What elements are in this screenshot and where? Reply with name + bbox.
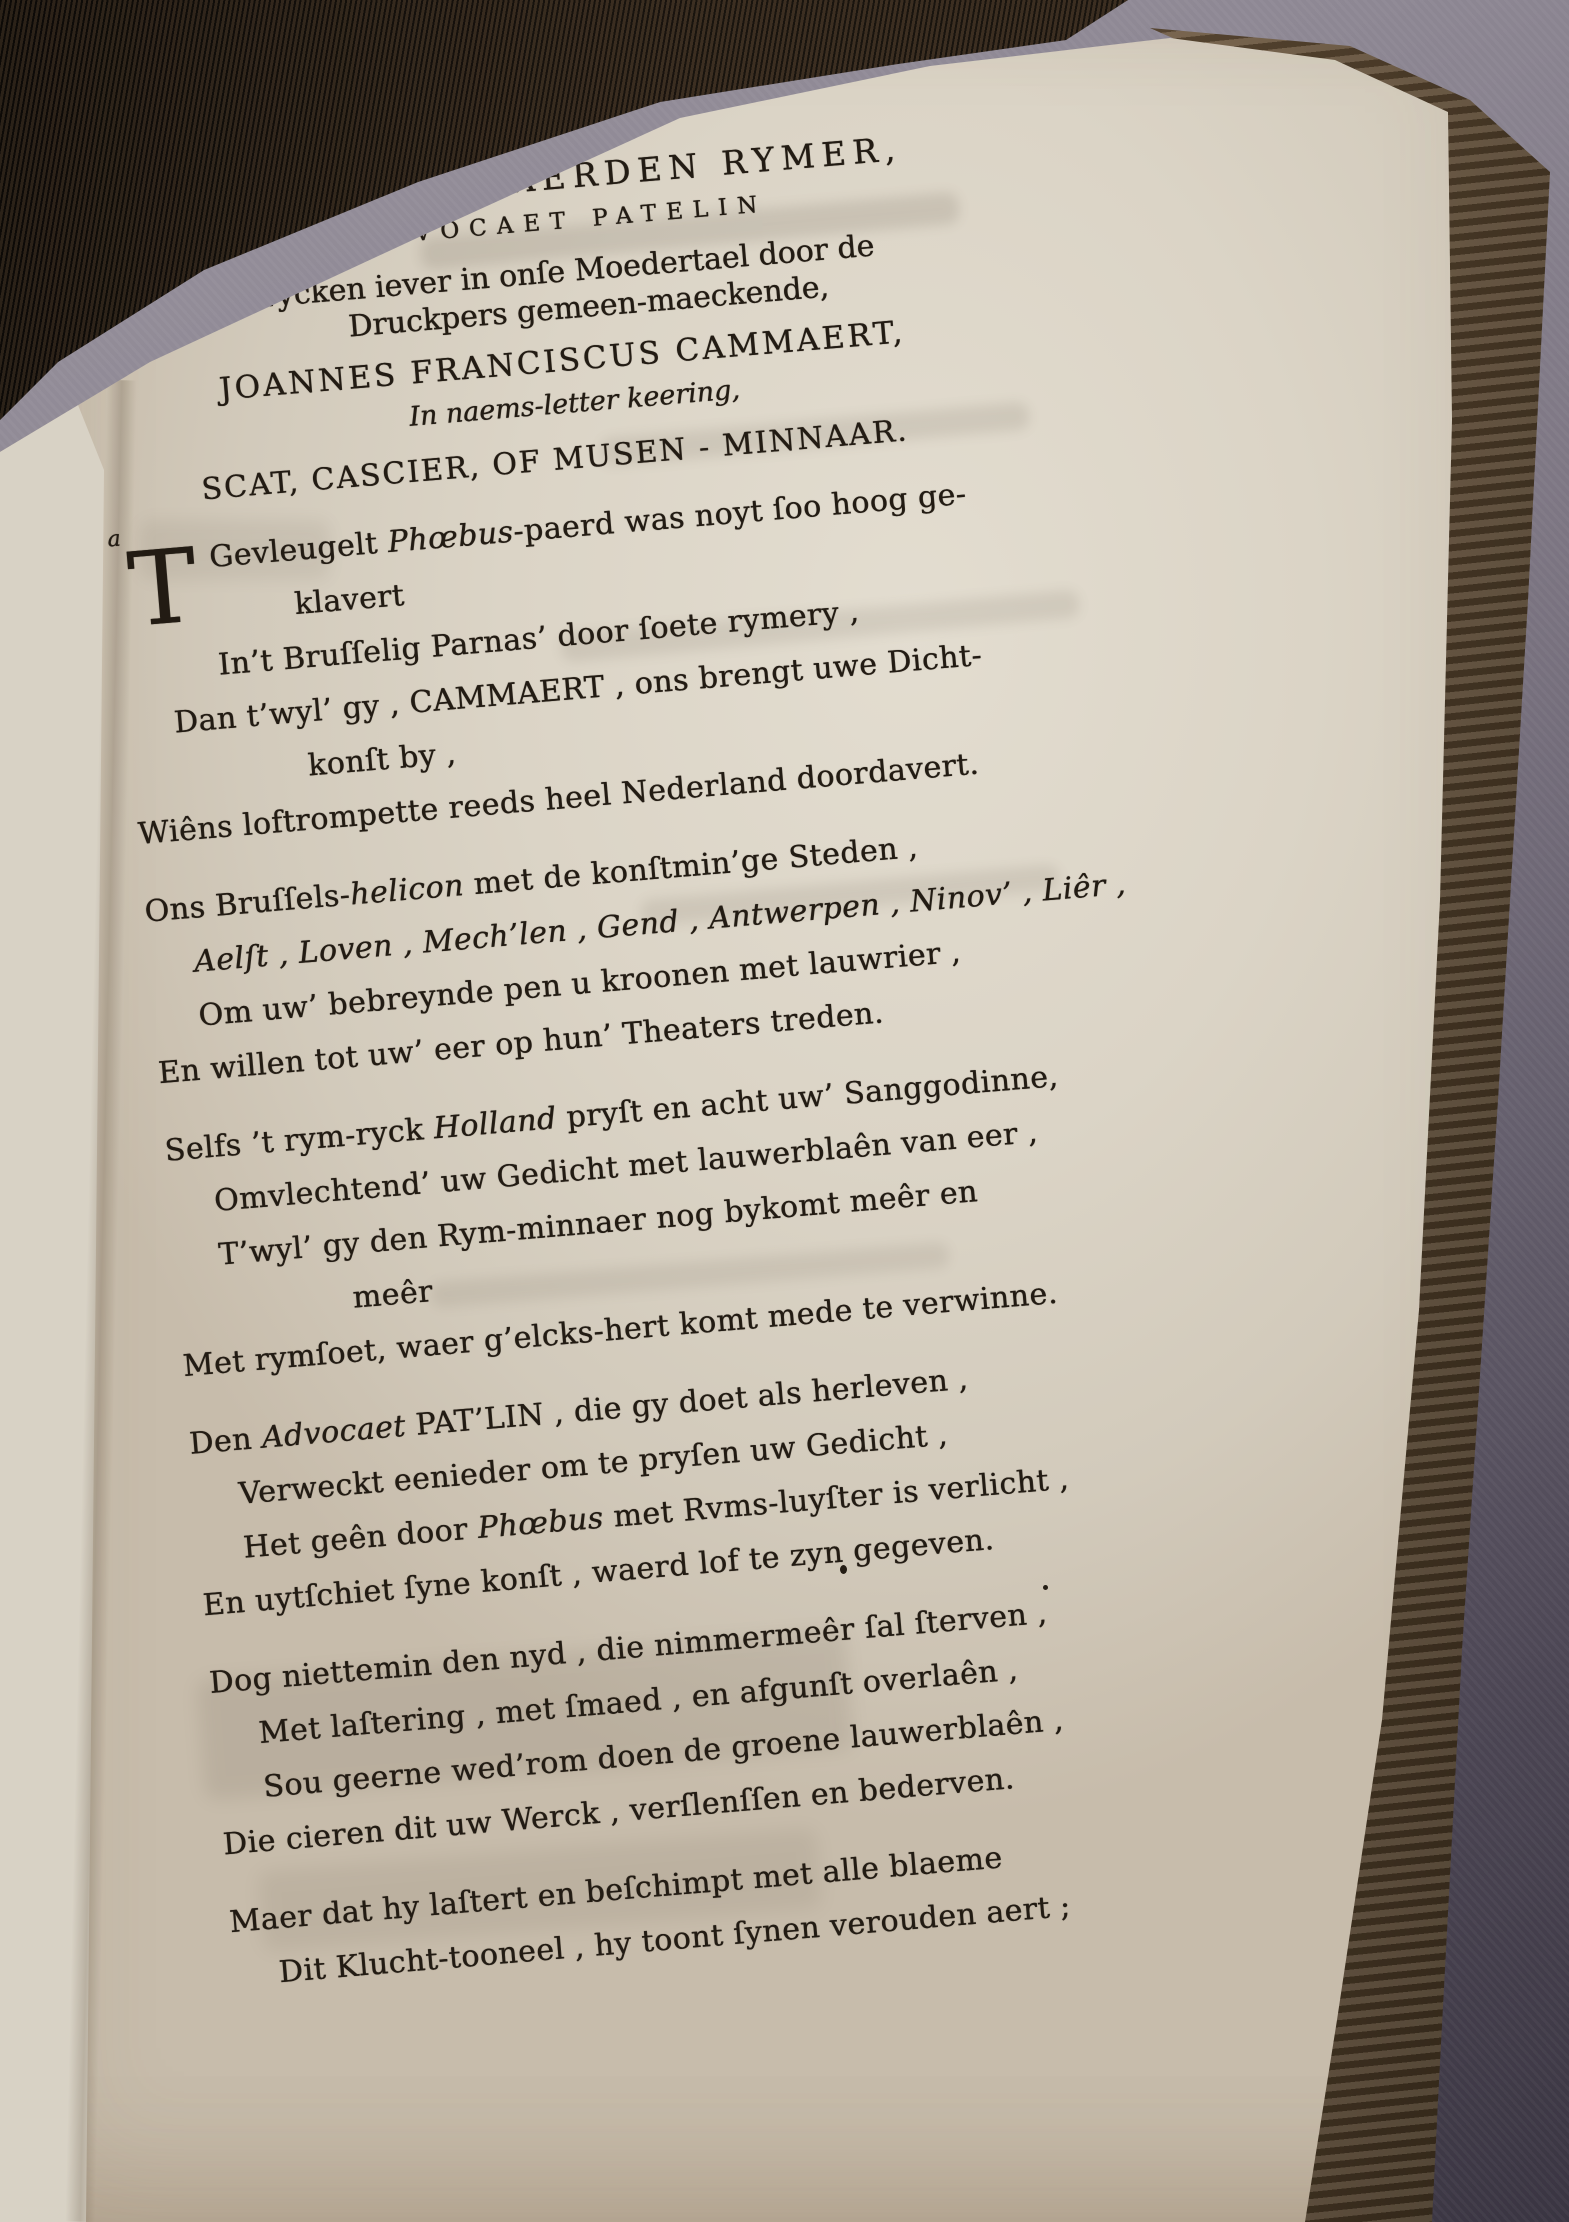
stanza-1: aT Gevleugelt Phœbus-paerd was noyt ſoo … <box>113 450 1206 862</box>
stanza-3: Selfs ’t rym-ryck Holland pryſt en acht … <box>163 1036 1252 1395</box>
signature-mark: a <box>107 529 122 552</box>
drop-cap-letter: T <box>124 527 202 651</box>
book-page: AEN DEN VERMAERDEN RYMER, DEN ADVOCAET P… <box>0 0 1569 2222</box>
letterpress-text: AEN DEN VERMAERDEN RYMER, DEN ADVOCAET P… <box>85 108 1303 2004</box>
drop-cap: aT <box>116 540 212 675</box>
photo-of-old-book-page: AEN DEN VERMAERDEN RYMER, DEN ADVOCAET P… <box>0 0 1569 2222</box>
